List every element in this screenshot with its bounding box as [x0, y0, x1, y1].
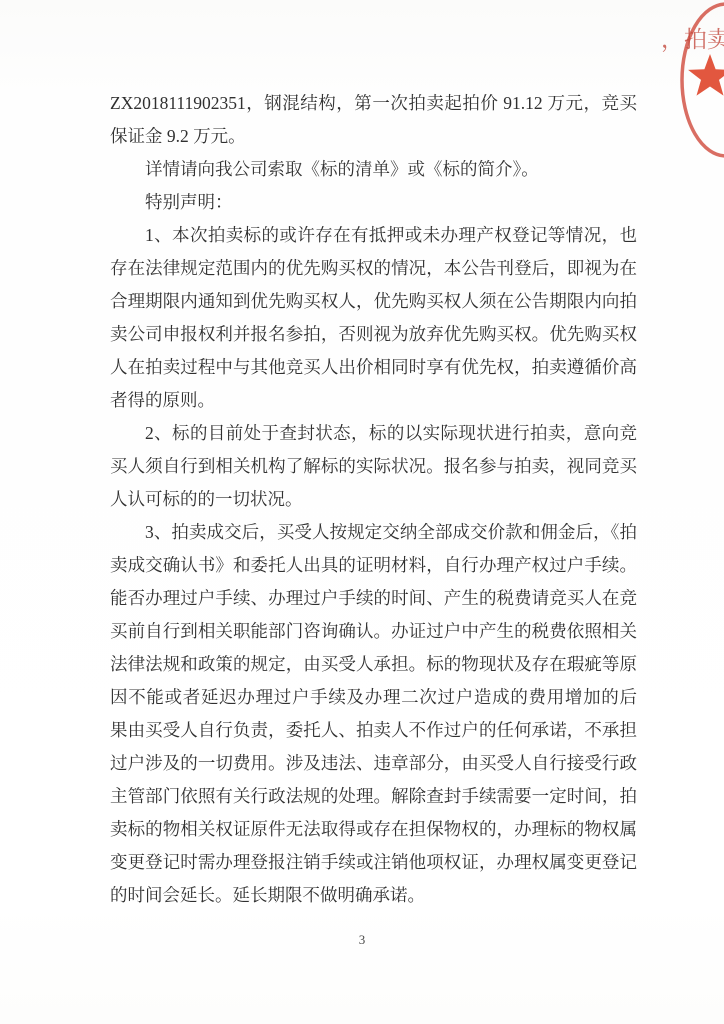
red-seal-stamp: ，拍卖: [660, 0, 724, 164]
text-line: 因不能或者延迟办理过户手续及办理二次过户造成的费用增加的后: [110, 681, 637, 714]
paragraph: 详情请向我公司索取《标的清单》或《标的简介》。: [110, 153, 637, 186]
paragraph: 特别声明：: [110, 186, 637, 219]
text-line: 果由买受人自行负责，委托人、拍卖人不作过户的任何承诺，不承担: [110, 714, 637, 747]
text-line: 3、拍卖成交后，买受人按规定交纳全部成交价款和佣金后，《拍: [110, 516, 637, 549]
document-page: ，拍卖 ZX2018111902351，钢混结构，第一次拍卖起拍价 91.12 …: [0, 0, 724, 1024]
text-line: 1、本次拍卖标的或许存在有抵押或未办理产权登记等情况，也: [110, 219, 637, 252]
text-line: 卖公司申报权利并报名参拍，否则视为放弃优先购买权。优先购买权: [110, 318, 637, 351]
text-line: 变更登记时需办理登报注销手续或注销他项权证，办理权属变更登记: [110, 846, 637, 879]
text-line: 卖标的物相关权证原件无法取得或存在担保物权的，办理标的物权属: [110, 813, 637, 846]
text-line: 人在拍卖过程中与其他竞买人出价相同时享有优先权，拍卖遵循价高: [110, 351, 637, 384]
text-line: 过户涉及的一切费用。涉及违法、违章部分，由买受人自行接受行政: [110, 747, 637, 780]
text-line: 者得的原则。: [110, 384, 637, 417]
seal-graphic: ，拍卖: [660, 0, 724, 164]
text-line: 主管部门依照有关行政法规的处理。解除查封手续需要一定时间，拍: [110, 780, 637, 813]
text-line: 特别声明：: [110, 186, 637, 219]
text-line: 卖成交确认书》和委托人出具的证明材料，自行办理产权过户手续。: [110, 549, 637, 582]
page-number: 3: [0, 932, 724, 948]
text-line: 存在法律规定范围内的优先购买权的情况，本公告刊登后，即视为在: [110, 252, 637, 285]
text-line: 能否办理过户手续、办理过户手续的时间、产生的税费请竞买人在竞: [110, 582, 637, 615]
text-line: 2、标的目前处于查封状态，标的以实际现状进行拍卖，意向竞: [110, 417, 637, 450]
text-line: 人认可标的的一切状况。: [110, 483, 637, 516]
text-line: 合理期限内通知到优先购买权人，优先购买权人须在公告期限内向拍: [110, 285, 637, 318]
paragraph: 2、标的目前处于查封状态，标的以实际现状进行拍卖，意向竞买人须自行到相关机构了解…: [110, 417, 637, 516]
paragraph: 1、本次拍卖标的或许存在有抵押或未办理产权登记等情况，也存在法律规定范围内的优先…: [110, 219, 637, 417]
text-line: 买前自行到相关职能部门咨询确认。办证过户中产生的税费依照相关: [110, 615, 637, 648]
text-line: ZX2018111902351，钢混结构，第一次拍卖起拍价 91.12 万元，竞…: [110, 87, 637, 120]
seal-text: ，拍卖: [661, 27, 724, 53]
paragraph: 3、拍卖成交后，买受人按规定交纳全部成交价款和佣金后，《拍卖成交确认书》和委托人…: [110, 516, 637, 912]
text-line: 法律法规和政策的规定，由买受人承担。标的物现状及存在瑕疵等原: [110, 648, 637, 681]
text-line: 买人须自行到相关机构了解标的实际状况。报名参与拍卖，视同竞买: [110, 450, 637, 483]
paragraph: ZX2018111902351，钢混结构，第一次拍卖起拍价 91.12 万元，竞…: [110, 87, 637, 153]
star-icon: [688, 54, 724, 96]
text-line: 的时间会延长。延长期限不做明确承诺。: [110, 879, 637, 912]
text-line: 详情请向我公司索取《标的清单》或《标的简介》。: [110, 153, 637, 186]
text-line: 保证金 9.2 万元。: [110, 120, 637, 153]
document-body: ZX2018111902351，钢混结构，第一次拍卖起拍价 91.12 万元，竞…: [110, 87, 637, 912]
